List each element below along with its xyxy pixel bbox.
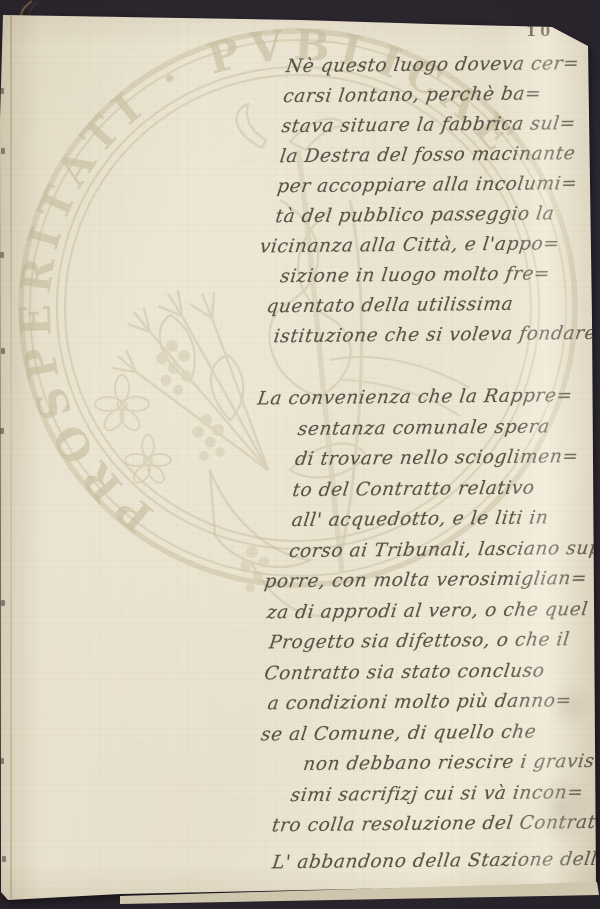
text-line: Nè questo luogo doveva cer= — [284, 49, 595, 82]
text-line: L' abbandono della Stazione della — [270, 845, 600, 879]
paragraph-1: Nè questo luogo doveva cer= carsi lontan… — [278, 49, 596, 352]
text-line: a condizioni molto più danno= — [266, 686, 600, 720]
text-line: tro colla resoluzione del Contratto. — [270, 808, 600, 842]
text-line: sizione in luogo molto fre= — [278, 259, 597, 292]
text-line: per accoppiare alla incolumi= — [275, 169, 596, 202]
text-line: la Destra del fosso macinante — [278, 139, 596, 172]
text-line: all' acquedotto, e le liti in — [290, 503, 600, 537]
text-line: La convenienza che la Rappre= — [255, 381, 600, 415]
text-line: corso ai Tribunali, lasciano sup= — [287, 533, 600, 567]
text-line: se al Comune, di quello che — [259, 716, 600, 750]
manuscript-page: PROSPERITATI · PVBLICAE — [0, 0, 600, 909]
paragraph-3: L' abbandono della Stazione della — [272, 845, 600, 879]
text-line: quentato della utilissima — [265, 289, 598, 322]
handwritten-text: Nè questo luogo doveva cer= carsi lontan… — [0, 0, 600, 909]
text-line: za di approdi al vero, o che quel — [265, 594, 600, 628]
text-line: simi sacrifizj cui si và incon= — [289, 777, 600, 811]
text-line: sentanza comunale spera — [296, 411, 600, 445]
text-line: to del Contratto relativo — [290, 472, 600, 506]
text-line: stava situare la fabbrica sul= — [280, 109, 596, 142]
text-line: Contratto sia stato concluso — [262, 655, 600, 689]
text-line: non debbano riescire i gravis= — [301, 747, 600, 781]
photo-backdrop: PROSPERITATI · PVBLICAE — [0, 0, 600, 909]
text-line: Progetto sia difettoso, o che il — [267, 625, 600, 659]
text-line: di trovare nello scioglimen= — [293, 442, 600, 476]
text-line: tà del pubblico passeggio la — [274, 199, 597, 232]
text-line: istituzione che si voleva fondare — [272, 319, 598, 352]
text-line: carsi lontano, perchè ba= — [281, 79, 595, 112]
text-line: vicinanza alla Città, e l'appo= — [258, 229, 597, 263]
text-line: porre, con molta verosimiglian= — [262, 564, 600, 598]
paragraph-2: La convenienza che la Rappre= sentanza c… — [255, 381, 600, 842]
